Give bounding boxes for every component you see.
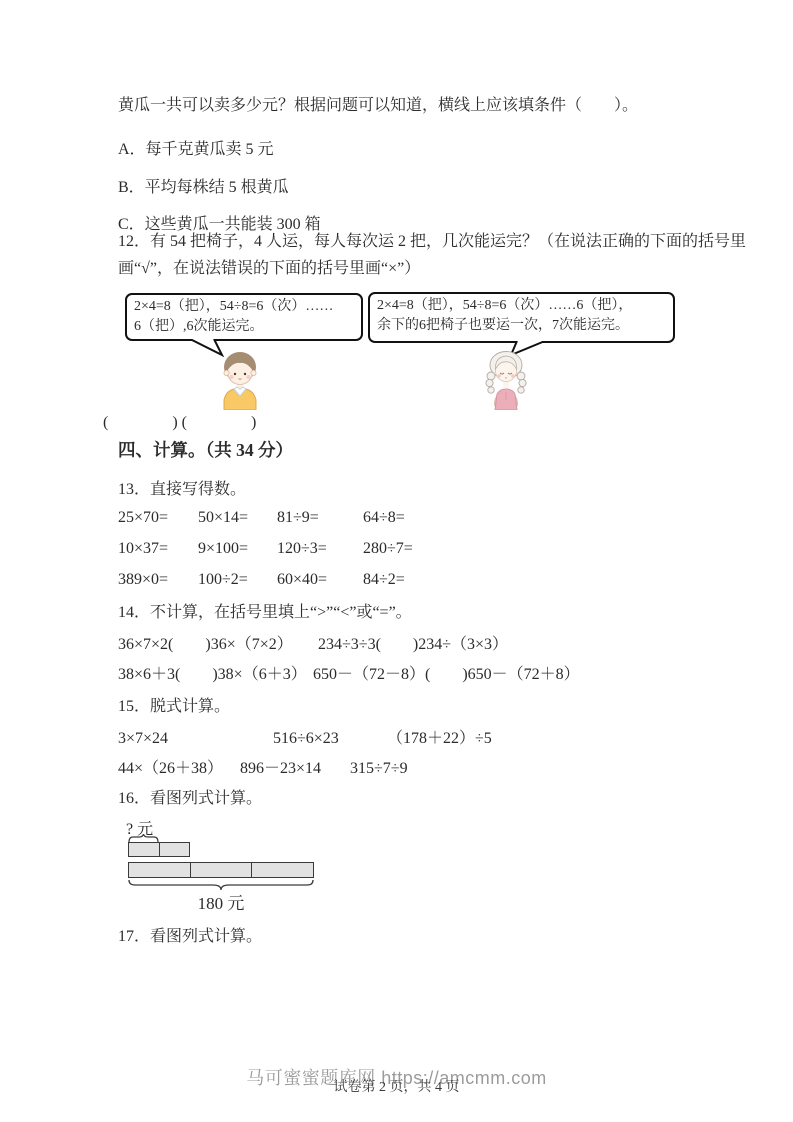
section-title: 四、计算。（共 34 分） (118, 440, 293, 461)
q15-expr: 315÷7÷9 (350, 758, 558, 779)
bar-segment (129, 843, 160, 856)
q14-title: 14．不计算，在括号里填上“>”“<”或“=”。 (118, 602, 412, 623)
q13-expr: 10×37= (118, 538, 198, 569)
brace-top-icon (128, 834, 159, 842)
q12-answer-blanks: ( ) ( ) (103, 412, 256, 433)
q15-expr: （178＋22）÷5 (387, 728, 558, 749)
tape-diagram-total-label: 180 元 (128, 889, 314, 914)
q13-title: 13．直接写得数。 (118, 479, 246, 500)
speech-bubble-right-line2: 余下的6把椅子也要运一次，7次能运完。 (377, 316, 666, 336)
bar-segment (252, 863, 313, 877)
q15-row1: 3×7×24 516÷6×23 （178＋22）÷5 (118, 728, 558, 749)
worksheet-page: { "colors": { "page_bg": "#ffffff", "tex… (0, 0, 793, 1122)
q14-row2: 38×6＋3( )38×（6＋3） 650－（72－8）( )650－（72＋8… (118, 664, 638, 685)
q13-expr: 389×0= (118, 569, 198, 600)
speech-bubble-right-line1: 2×4=8（把），54÷8=6（次）……6（把）， (377, 296, 666, 316)
bar-segment (160, 843, 190, 856)
q13-expr: 120÷3= (277, 538, 363, 569)
q12-text-line2: 画“√”，在说法错误的下面的括号里画“×”） (118, 258, 420, 279)
q16-title: 16．看图列式计算。 (118, 788, 262, 809)
tape-bar-bottom (128, 862, 314, 878)
speech-bubble-left-line1: 2×4=8（把），54÷8=6（次）…… (134, 297, 354, 317)
q13-expr: 81÷9= (277, 507, 363, 538)
q13-grid: 25×70= 50×14= 81÷9= 64÷8= 10×37= 9×100= … (118, 507, 478, 600)
q15-expr: 44×（26＋38） (118, 758, 240, 779)
boy-avatar (213, 348, 267, 410)
speech-bubble-left: 2×4=8（把），54÷8=6（次）…… 6（把）,6次能运完。 (125, 293, 363, 341)
bar-segment (129, 863, 191, 877)
q12-text-line1: 12．有 54 把椅子，4 人运，每人每次运 2 把，几次能运完？（在说法正确的… (118, 231, 746, 252)
q13-expr: 280÷7= (363, 538, 478, 569)
page-number-info: 试卷第 2 页，共 4 页 (0, 1076, 793, 1096)
speech-bubble-right: 2×4=8（把），54÷8=6（次）……6（把）， 余下的6把椅子也要运一次，7… (368, 292, 675, 343)
q15-row2: 44×（26＋38） 896－23×14 315÷7÷9 (118, 758, 558, 779)
q13-expr: 60×40= (277, 569, 363, 600)
q11-option-b: B．平均每株结 5 根黄瓜 (118, 177, 289, 198)
q17-title: 17．看图列式计算。 (118, 926, 262, 947)
girl-avatar (480, 348, 532, 410)
q14-expr: 38×6＋3( )38×（6＋3） (118, 664, 313, 685)
speech-bubble-left-line2: 6（把）,6次能运完。 (134, 317, 354, 337)
q13-expr: 50×14= (198, 507, 277, 538)
q15-expr: 3×7×24 (118, 728, 273, 749)
q13-expr: 84÷2= (363, 569, 478, 600)
bar-segment (191, 863, 253, 877)
q11-intro: 黄瓜一共可以卖多少元？根据问题可以知道，横线上应该填条件（ ）。 (118, 95, 638, 116)
q13-expr: 64÷8= (363, 507, 478, 538)
q14-expr: 650－（72－8）( )650－（72＋8） (313, 664, 638, 685)
q14-expr: 234÷3÷3( )234÷（3×3） (318, 634, 638, 655)
tape-bar-top (128, 842, 190, 857)
q11-option-a: A．每千克黄瓜卖 5 元 (118, 139, 274, 160)
q14-row1: 36×7×2( )36×（7×2） 234÷3÷3( )234÷（3×3） (118, 634, 638, 655)
q15-expr: 896－23×14 (240, 758, 350, 779)
tape-diagram: ? 元 180 元 (118, 812, 388, 912)
q15-title: 15．脱式计算。 (118, 696, 230, 717)
q13-expr: 9×100= (198, 538, 277, 569)
q14-expr: 36×7×2( )36×（7×2） (118, 634, 318, 655)
q13-expr: 25×70= (118, 507, 198, 538)
q13-expr: 100÷2= (198, 569, 277, 600)
q15-expr: 516÷6×23 (273, 728, 387, 749)
